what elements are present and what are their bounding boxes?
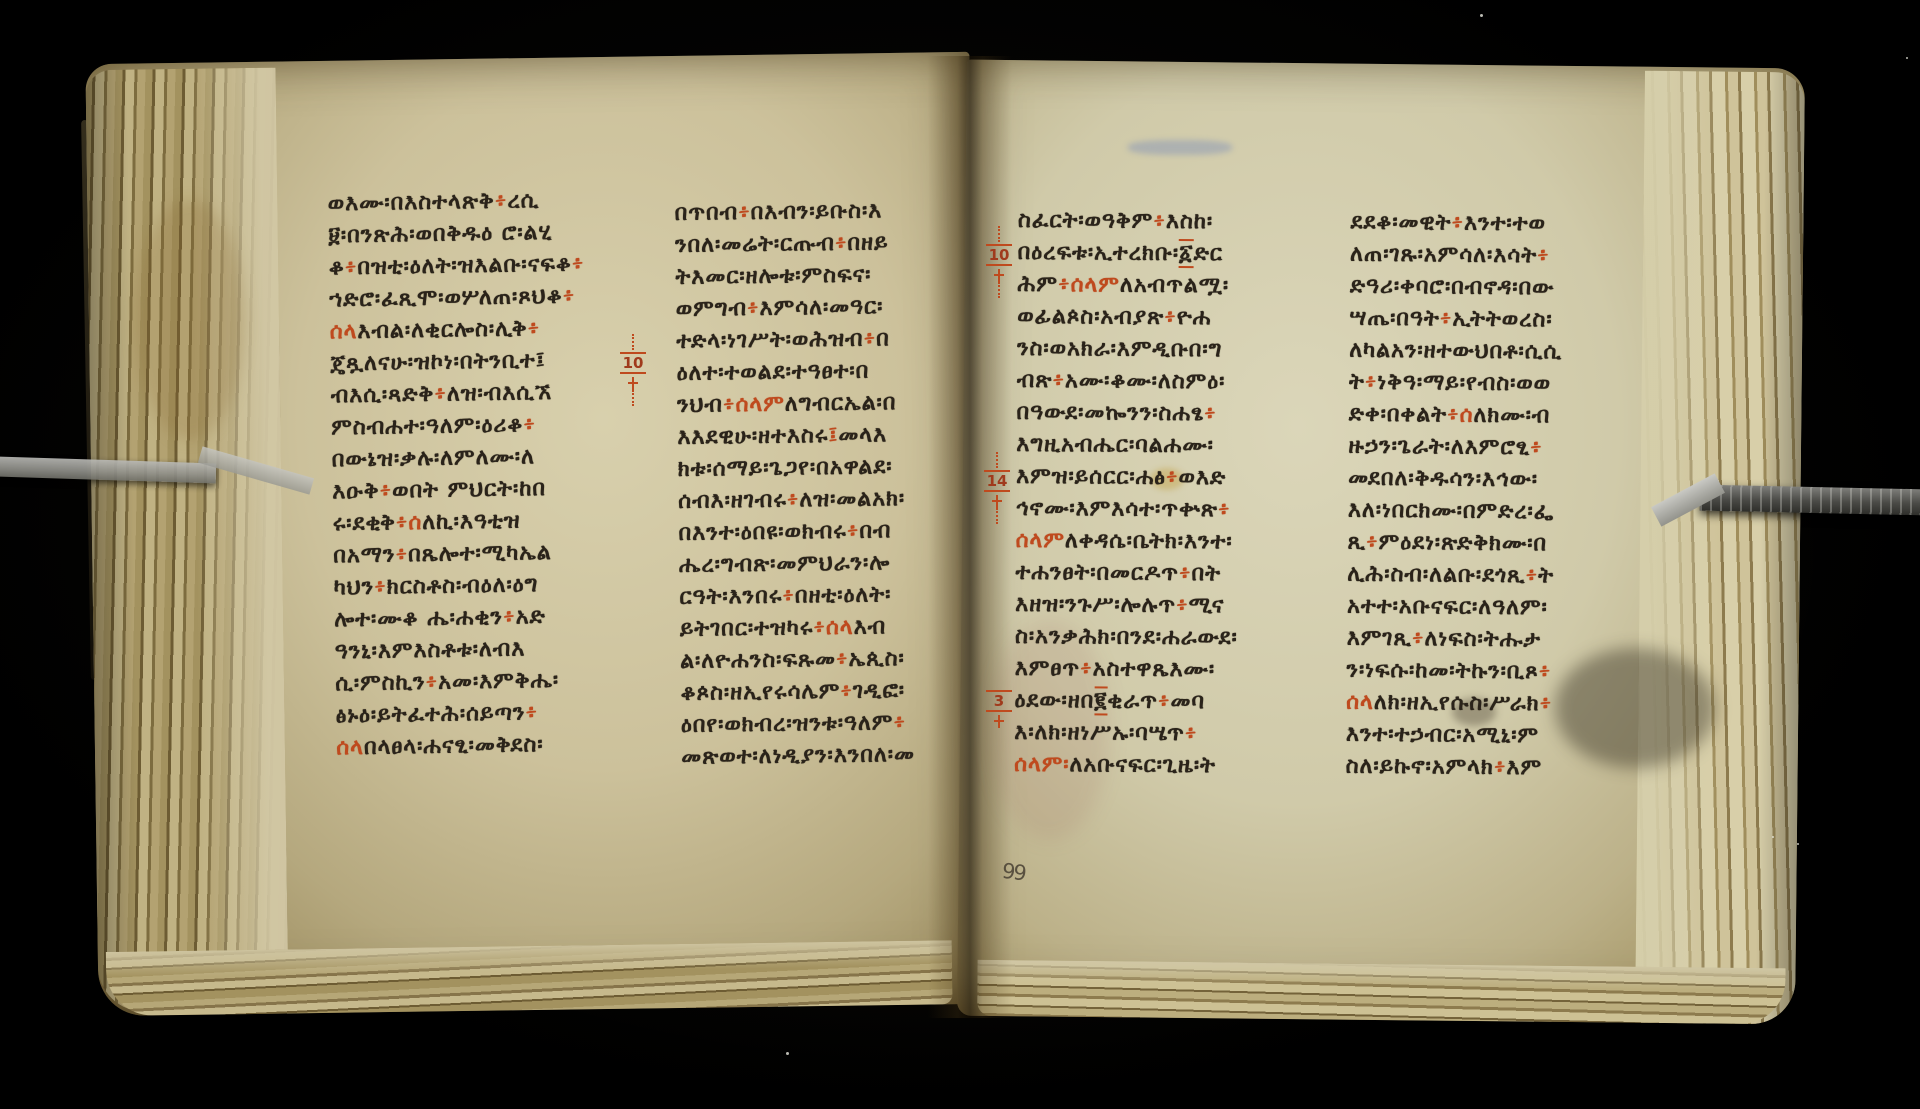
rubric-text: ፥	[840, 679, 853, 704]
ink-text: ይትገበር፡ተዝካሩ	[680, 615, 814, 642]
text-line: ድዓሪ፡ቀባሮ፡በብኖዳ፡በው	[1350, 271, 1668, 306]
rubric-text: ፥	[1204, 401, 1217, 426]
ink-text: አተተ፡አቡናፍር፡ለዓለም፡	[1347, 594, 1548, 621]
ink-text: አሙ፡ቆሙ፡ለስምዕ፡	[1065, 368, 1226, 394]
ink-text: ብጽ	[1017, 368, 1053, 393]
rubric-text: ፥	[1218, 497, 1231, 522]
text-line: ንህብ፥ሰላምለግብርኤል፡በ	[677, 386, 989, 422]
rubric-text: ፥	[863, 326, 876, 351]
text-line: ጺ፥ምዕደነ፡ጽድቅክሙ፡በ	[1347, 527, 1665, 562]
text-line: እእደዊሁ፡ዘተእስሩ፤መላእ	[677, 418, 989, 454]
marginal-numeral-text: 10	[986, 244, 1012, 266]
ink-text: ወእድ	[1178, 465, 1226, 490]
ink-text: ለክ፡ዘኢየሱስ፡ሥራክ	[1374, 690, 1540, 716]
rubric-text: ፥	[1539, 659, 1552, 684]
rubric-dotted-line	[998, 282, 1000, 298]
ink-text: ት	[1538, 563, 1554, 588]
ink-text: በዕረፍቱ፡ኢተረክቡ፡	[1018, 240, 1180, 266]
text-line: ት፥ነቅዓ፡ማይ፡የብስ፡ወወ	[1349, 367, 1667, 402]
rubric-text: ሰ	[1460, 403, 1474, 428]
rubric-text: ፥	[835, 231, 848, 256]
marginal-numeral-text: 14	[984, 470, 1010, 492]
rubric-text: ፥	[1179, 561, 1192, 586]
ink-text: ድዓሪ፡ቀባሮ፡በብኖዳ፡በው	[1350, 274, 1555, 301]
ink-text: ምስብሐተ፡ዓለም፡ዕሪቆ	[331, 412, 523, 440]
text-line: ሰላም፡ለአቡናፍር፡ጊዜ፡ት	[1014, 749, 1334, 783]
ink-text: እምፀጥ	[1015, 656, 1080, 681]
ink-text: እዘዝ፡ንጉሥ፡ሎሉጥ	[1015, 592, 1176, 618]
ink-text: ንስ፡ወአክራ፡እምዲቡበ፡ግ	[1017, 336, 1223, 362]
ink-text: ጄጿለናሁ፡ዝኮነ፡በትንቢተ፤	[330, 348, 546, 376]
text-line: ሰብእ፡ዘገብሩ፥ለዝ፡መልአክ፡	[678, 482, 990, 518]
rubric-text: ፥	[1451, 211, 1464, 236]
rubric-text: ፥	[813, 615, 826, 640]
ink-text: በዘይ	[847, 230, 888, 256]
ink-text: በውኔዝ፡ቃሉ፡ለምለሙ፡ለ	[332, 444, 536, 472]
text-line: ኀድሮ፡ፈጺሞ፡ወሦለጠ፡ጾህቆ፥	[329, 280, 637, 317]
ink-text: ሔረ፡ግብጽ፡መምህራን፡ሎ	[679, 550, 891, 578]
ink-text: ቆ	[329, 255, 345, 280]
rubric-dotted-line	[632, 334, 634, 350]
marginal-numeral-text: 3	[986, 690, 1012, 712]
text-line: ስለ፡ይኩኖ፡አምላክ፥እም	[1345, 751, 1663, 786]
rubric-text: ፥	[395, 542, 408, 567]
ink-text: በላፀላ፡ሐናፂ፡መቅደስ፡	[364, 732, 544, 760]
ink-text: ለግብርኤል፡በ	[785, 390, 897, 416]
ink-text: በት	[1191, 561, 1221, 586]
ink-text: እግዚአብሔር፡ባልሐሙ፡	[1016, 432, 1214, 458]
ink-text: ለቀዳሴ፡ቤትክ፡እንተ፡	[1065, 528, 1233, 554]
marginal-numeral-gutter-lower: 3	[986, 690, 1012, 728]
rubric-text: ፥	[434, 382, 447, 407]
text-line: ጄጿለናሁ፡ዝኮነ፡በትንቢተ፤	[330, 344, 638, 381]
rubric-text: ፥	[723, 392, 736, 417]
ink-text: ተሐንፀት፡በመርዶጥ	[1015, 560, 1179, 586]
barred-numeral: ፩	[1179, 239, 1194, 268]
text-line: ሰላእብል፡ለቂርሎስ፡ሊቅ፥	[330, 312, 638, 349]
rubric-text: ፥	[562, 284, 575, 309]
rubric-text: ፥	[1366, 530, 1379, 555]
text-line: ወእሙ፡በእስተላጽቅ፥ረሲ	[327, 184, 635, 221]
ink-text: ል፡ለዮሐንስ፡ፍጹመ	[680, 647, 836, 674]
text-line: ዕለተ፡ተወልደ፡ተዓፀተ፡በ	[676, 354, 988, 390]
ink-text: አድ	[515, 604, 546, 629]
dust-speck	[1906, 57, 1908, 59]
text-line: ን፡ነፍሱ፡ከመ፡ትኩን፡ቢጾ፥	[1346, 655, 1664, 690]
text-line: እምገጺ፥ለነፍስ፡ትሑታ	[1347, 623, 1665, 658]
rubric-text: ፥	[495, 189, 508, 214]
rubric-cross-icon	[998, 715, 1000, 728]
right-page-bottom-edge-stack	[977, 960, 1786, 1024]
ink-text: ዕደው፡ዘበ	[1014, 688, 1094, 714]
rubric-text: ፥	[1185, 721, 1198, 746]
ink-text: ካህን	[334, 575, 375, 601]
ink-text: እእደዊሁ፡ዘተእስሩ	[677, 423, 828, 450]
rubric-text: ፥	[525, 700, 538, 725]
text-line: ይትገበር፡ተዝካሩ፥ሰላእብ	[680, 610, 992, 646]
rubric-text: ፥	[893, 710, 906, 735]
ink-text: መደበለ፡ቅዱሳን፡እኅው፡	[1348, 466, 1538, 493]
ink-text: ድቀ፡በቀልት	[1349, 402, 1448, 428]
rubric-text: ሰላም፡	[1014, 752, 1070, 777]
right-bookmark-ribbon	[1700, 485, 1920, 516]
dust-speck	[1772, 836, 1774, 838]
ink-text: ለክሙ፡ብ	[1473, 403, 1550, 429]
text-line: ደደቆ፡መዊት፥እንተ፡ተወ	[1350, 207, 1668, 242]
text-line: ንበለ፡መሬት፡ርጡብ፥በዘይ	[675, 226, 987, 262]
rubric-text: ፥	[1412, 626, 1425, 651]
ink-text: አመ፡እምቅሔ፡	[438, 668, 559, 695]
rubric-text: ፥	[425, 670, 438, 695]
text-line: ምስብሐተ፡ዓለም፡ዕሪቆ፥	[331, 408, 639, 445]
dust-speck	[786, 1052, 789, 1055]
ink-text: ስ፡አንቃሕክ፡በንደ፡ሐራውደ፡	[1015, 624, 1238, 651]
ink-text: እብ	[853, 614, 886, 639]
text-line: እ፡ለክ፡ዘነሥኡ፡ባሤጥ፥	[1014, 717, 1334, 751]
text-line: ቆጶስ፡ዘኢየሩሳሌም፥ገዲፎ፡	[680, 674, 992, 710]
rubric-dotted-line	[632, 390, 634, 406]
text-line: በአማን፥በጼሎተ፡ሚካኤል	[333, 536, 641, 573]
rubric-text: ፥	[379, 478, 392, 503]
ink-text: ሕም	[1017, 272, 1058, 297]
rubric-text: ሰላ	[330, 319, 358, 344]
rubric-text: ፥	[523, 412, 536, 437]
text-line: ድቀ፡በቀልት፥ሰለክሙ፡ብ	[1349, 399, 1667, 434]
rubric-text: ፥	[1058, 272, 1071, 297]
rubric-text: ፥	[374, 575, 387, 600]
rubric-text: ፥	[527, 316, 540, 341]
ink-text: ዮሐ	[1177, 305, 1212, 330]
text-line: ሣጤ፡በዓት፥ኢትትወረስ፡	[1349, 303, 1667, 338]
text-line: መደበለ፡ቅዱሳን፡እኅው፡	[1348, 463, 1666, 498]
text-line: ሕም፥ሰላምለአብጥልሟ፡	[1017, 269, 1337, 303]
rubric-dotted-line	[996, 508, 998, 524]
text-column-2: በጥበብ፥በእብን፡ይቡስ፡እንበለ፡መሬት፡ርጡብ፥በዘይትእመር፡ዘሎቱ፡ም…	[674, 194, 993, 774]
rubric-text: ፥	[787, 487, 800, 512]
dust-speck	[1480, 14, 1483, 17]
folio-number-pencil: 99	[1001, 859, 1026, 886]
ink-text: በጥበብ	[675, 200, 739, 226]
text-line: ወፊልጶስ፡አብያጽ፥ዮሐ	[1017, 301, 1337, 335]
dust-speck	[1797, 843, 1799, 845]
ink-text: ኤጲስ፡	[848, 646, 904, 672]
ink-text: በዓውደ፡መኰንን፡ስሐፄ	[1016, 400, 1204, 426]
ink-text: ቂራጥ	[1107, 689, 1158, 714]
text-line: እግዚአብሔር፡ባልሐሙ፡	[1016, 429, 1336, 463]
text-line: ሰላበላፀላ፡ሐናፂ፡መቅደስ፡	[336, 728, 644, 765]
text-line: አተተ፡አቡናፍር፡ለዓለም፡	[1347, 591, 1665, 626]
rubric-text: ፥	[1525, 563, 1538, 588]
ink-text: ሚና	[1189, 593, 1225, 618]
ink-text: ጺ	[1347, 530, 1366, 555]
rubric-text: ሰላም	[1016, 528, 1065, 553]
rubric-text: ፥	[345, 255, 358, 280]
ink-text: እምዝ፡ይሰርር፡ሐፅ	[1016, 464, 1166, 490]
ink-text: ለአቡናፍር፡ጊዜ፡ት	[1069, 752, 1216, 778]
rubric-text: ፥	[572, 251, 585, 276]
ink-text: ኢትትወረስ፡	[1452, 307, 1552, 333]
rubric-text: ፥	[1080, 656, 1093, 681]
ink-text: ደደቆ፡መዊት	[1350, 210, 1451, 236]
ink-text: እ፡ለክ፡ዘነሥኡ፡ባሤጥ	[1014, 720, 1185, 746]
text-line: እዑቅ፥ወበት ምህርት፡ከበ	[332, 472, 640, 509]
ink-text: እም	[1506, 755, 1542, 780]
text-line: ፱፡በንጽሕ፡ወበቅዱዕ ሮ፡ልሂ	[328, 216, 636, 253]
rubric-text: ፥	[1365, 370, 1378, 395]
ink-text: ሩ፡ደቂቅ	[333, 510, 396, 536]
rubric-text: ፥	[1440, 306, 1453, 331]
text-line: ለጠ፡ገጹ፡አምሳለ፡እሳት፥	[1350, 239, 1668, 274]
rubric-text: ፥	[738, 200, 751, 225]
ink-text: ዕለተ፡ተወልደ፡ተዓፀተ፡በ	[676, 359, 869, 386]
ink-text: ወፊልጶስ፡አብያጽ	[1017, 304, 1164, 330]
text-line: ሊሕ፡ስብ፡ለልቡ፡ደጎጺ፥ት	[1347, 559, 1665, 594]
ink-text: ለኪ፡እዓቲዝ	[422, 508, 521, 535]
ink-text: ዓንኒ፡እምእስቶቱ፡ለብእ	[335, 636, 526, 664]
ink-text: መጽወተ፡ለነዲያን፡እንበለ፡መ	[681, 742, 915, 770]
rubric-text: ፥	[1494, 755, 1507, 780]
rubric-text: ፤	[828, 423, 838, 448]
rubric-dotted-line	[998, 226, 1000, 242]
ink-text: ለነፍስ፡ትሑታ	[1424, 626, 1541, 652]
rubric-text: ፥	[1164, 305, 1177, 330]
ink-text: ነቅዓ፡ማይ፡የብስ፡ወወ	[1377, 370, 1551, 397]
text-column-3: ስፈርት፡ወዓቅም፥እስከ፡በዕረፍቱ፡ኢተረክቡ፡፩ድርሕም፥ሰላምለአብጥል…	[1014, 205, 1338, 783]
text-line: በዓውደ፡መኰንን፡ስሐፄ፥	[1016, 397, 1336, 431]
text-line: ለካልአን፡ዘተውህበቶ፡ሲሲ	[1349, 335, 1667, 370]
text-line: ሎተ፡ሙቆ ሔ፡ሐቂን፥አድ	[334, 600, 642, 637]
ink-text: ንበለ፡መሬት፡ርጡብ	[675, 231, 835, 258]
ink-text: በብ	[859, 518, 891, 543]
text-line: ዙኃን፡ጌራት፡ለእምሮፂ፥	[1348, 431, 1666, 466]
text-line: ክቱ፡ሰማይ፡ጌጋየ፡በአዋልደ፡	[678, 450, 990, 486]
text-line: እምፀጥ፥አስተዋጼእሙ፡	[1015, 653, 1335, 687]
ink-text: ክርስቶስ፡ብዕለ፡ዕግ	[387, 572, 539, 599]
text-line: ካህን፥ክርስቶስ፡ብዕለ፡ዕግ	[334, 568, 642, 605]
ink-text: በእብን፡ይቡስ፡እ	[751, 198, 883, 225]
ink-text: ወምግብ	[676, 296, 747, 322]
rubric-text: ሰላ	[1346, 690, 1374, 715]
rubric-dotted-line	[996, 452, 998, 468]
text-line: ሔረ፡ግብጽ፡መምህራን፡ሎ	[679, 546, 991, 582]
ink-text: መባ	[1170, 689, 1205, 714]
rubric-text: ፥	[1530, 435, 1543, 460]
text-line: ንስ፡ወአክራ፡እምዲቡበ፡ግ	[1017, 333, 1337, 367]
ink-text: ፅኑዕ፡ይትፈተሕ፡ሰይጣን	[336, 700, 526, 728]
marginal-numeral-gutter-upper: 10	[986, 226, 1012, 300]
rubric-cross-icon	[996, 495, 998, 508]
ink-text: በ	[876, 326, 890, 351]
rubric-text: ፥	[503, 605, 516, 630]
rubric-text: ፥	[1166, 465, 1179, 490]
text-line: ል፡ለዮሐንስ፡ፍጹመ፥ኤጲስ፡	[680, 642, 992, 678]
rubric-text: ፥	[747, 296, 760, 321]
rubric-text: ፥	[836, 647, 849, 672]
rubric-text: ሰላም	[1071, 272, 1120, 297]
ink-text: እስከ፡	[1166, 209, 1213, 234]
ink-text: እለ፡ነበርክሙ፡በምድረ፡ፌ	[1348, 498, 1554, 525]
rubric-text: ፥	[847, 519, 860, 544]
ink-text: ወበት ምህርት፡ከበ	[392, 476, 546, 503]
rubric-text: ፥	[1537, 243, 1550, 268]
text-line: እዘዝ፡ንጉሥ፡ሎሉጥ፥ሚና	[1015, 589, 1335, 623]
marginal-numeral-gutter-middle: 14	[984, 452, 1010, 526]
text-line: ዓንኒ፡እምእስቶቱ፡ለብእ	[335, 632, 643, 669]
manuscript-photo: ወእሙ፡በእስተላጽቅ፥ረሲ፱፡በንጽሕ፡ወበቅዱዕ ሮ፡ልሂቆ፥በዝቲ፡ዕለት…	[0, 0, 1920, 1109]
ink-text: በእንተ፡ዕበዩ፡ወክብሩ	[678, 519, 846, 546]
ink-text: እንተ፡ተኃብር፡አሚኒ፡ም	[1346, 722, 1539, 749]
rubric-text: ሰላ	[336, 735, 364, 760]
ink-text: ኅኖሙ፡እምእሳተ፡ጥቍጽ	[1016, 496, 1218, 522]
ink-text: ትእመር፡ዘሎቱ፡ምስፍና፡	[675, 263, 871, 290]
text-line: ፅኑዕ፡ይትፈተሕ፡ሰይጣን፥	[336, 696, 644, 733]
faint-blue-pencil-mark	[1128, 140, 1232, 155]
rubric-cross-icon	[632, 377, 634, 390]
ink-text: እምገጺ	[1347, 626, 1412, 652]
ink-text: ብእሲ፡ጻድቅ	[331, 382, 435, 409]
text-line: ቆ፥በዝቲ፡ዕለት፡ዝእልቡ፡ናፍቆ፥	[329, 248, 637, 285]
text-line: ዕደው፡ዘበ፪ቂራጥ፥መባ	[1014, 685, 1334, 719]
ink-text: ንህብ	[677, 392, 723, 418]
ink-text: ት	[1349, 370, 1365, 395]
marginal-numeral-intercolumn: 10	[620, 334, 646, 408]
ink-text: አስተዋጼእሙ፡	[1093, 656, 1216, 682]
ink-text: ለዝ፡ብእሲኧ	[447, 380, 553, 407]
ink-text: ስለ፡ይኩኖ፡አምላክ	[1346, 754, 1494, 780]
text-line: ተሐንፀት፡በመርዶጥ፥በት	[1015, 557, 1335, 591]
text-line: ርዓት፡እንበሩ፥በዘቲ፡ዕለት፡	[679, 578, 991, 614]
text-line: እለ፡ነበርክሙ፡በምድረ፡ፌ	[1348, 495, 1666, 530]
ink-text: ለካልአን፡ዘተውህበቶ፡ሲሲ	[1349, 338, 1562, 365]
ink-text: መላእ	[838, 422, 887, 448]
rubric-cross-icon	[998, 269, 1000, 282]
text-line: በውኔዝ፡ቃሉ፡ለምለሙ፡ለ	[332, 440, 640, 477]
text-line: ወምግብ፥እምሳለ፡መዓር፡	[676, 290, 988, 326]
text-line: ትእመር፡ዘሎቱ፡ምስፍና፡	[675, 258, 987, 294]
ink-text: በዝቲ፡ዕለት፡ዝእልቡ፡ናፍቆ	[357, 252, 572, 280]
rubric-text: ፥	[1539, 691, 1552, 716]
ink-text: ለዝ፡መልአክ፡	[799, 486, 905, 512]
ink-text: ለጠ፡ገጹ፡አምሳለ፡እሳት	[1350, 242, 1537, 269]
text-column-1: ወእሙ፡በእስተላጽቅ፥ረሲ፱፡በንጽሕ፡ወበቅዱዕ ሮ፡ልሂቆ፥በዝቲ፡ዕለት…	[327, 184, 644, 765]
ink-text: እምሳለ፡መዓር፡	[759, 294, 883, 321]
rubric-text: ፥	[1052, 368, 1065, 393]
rubric-text: ሰላም	[735, 392, 785, 418]
ink-text: ሣጤ፡በዓት	[1349, 306, 1439, 332]
ink-text: በጼሎተ፡ሚካኤል	[408, 540, 552, 567]
left-page-bottom-edge-stack	[106, 940, 953, 1016]
ink-text: ገዲፎ፡	[853, 678, 905, 704]
ink-text: ፱፡በንጽሕ፡ወበቅዱዕ ሮ፡ልሂ	[328, 220, 552, 249]
text-line: በእንተ፡ዕበዩ፡ወክብሩ፥በብ	[678, 514, 990, 550]
ink-text: ተድላ፡ነገሥት፡ወሕዝብ	[676, 327, 864, 354]
ink-text: ን፡ነፍሱ፡ከመ፡ትኩን፡ቢጾ	[1346, 658, 1538, 685]
ink-text: እብል፡ለቂርሎስ፡ሊቅ	[357, 316, 527, 344]
ink-text: በአማን	[333, 542, 396, 568]
ink-text: በዘቲ፡ዕለት፡	[795, 582, 892, 608]
text-line: ዕበየ፡ወክብረ፡ዝንቱ፡ዓለም፥	[681, 706, 993, 742]
ink-text: ርዓት፡እንበሩ	[679, 584, 782, 610]
ink-text: ዙኃን፡ጌራት፡ለእምሮፂ	[1348, 434, 1530, 461]
ink-text: ሰብእ፡ዘገብሩ	[678, 488, 787, 514]
rubric-text: ፥	[1153, 209, 1166, 234]
marginal-numeral-text: 10	[620, 352, 646, 374]
ink-text: ኀድሮ፡ፈጺሞ፡ወሦለጠ፡ጾህቆ	[329, 284, 563, 313]
ink-text: ምዕደነ፡ጽድቅክሙ፡በ	[1379, 530, 1548, 556]
rubric-text: ፥	[1158, 689, 1171, 714]
ink-text: እንተ፡ተወ	[1464, 211, 1546, 237]
ink-text: ረሲ	[507, 188, 539, 213]
rubric-text: ፥	[1447, 402, 1460, 427]
rubric-text: ሰ	[408, 510, 422, 535]
text-line: ብጽ፥አሙ፡ቆሙ፡ለስምዕ፡	[1017, 365, 1337, 399]
text-line: ሰላለክ፡ዘኢየሱስ፡ሥራክ፥	[1346, 687, 1664, 722]
text-column-4: ደደቆ፡መዊት፥እንተ፡ተወለጠ፡ገጹ፡አምሳለ፡እሳት፥ድዓሪ፡ቀባሮ፡በብኖ…	[1345, 207, 1668, 786]
ink-text: እዑቅ	[332, 479, 380, 505]
barred-numeral: ፪	[1094, 686, 1107, 715]
ink-text: ቆጶስ፡ዘኢየሩሳሌም	[680, 679, 840, 706]
ink-text: ወእሙ፡በእስተላጽቅ	[328, 189, 495, 217]
text-line: ተድላ፡ነገሥት፡ወሕዝብ፥በ	[676, 322, 988, 358]
text-line: ብእሲ፡ጻድቅ፥ለዝ፡ብእሲኧ	[331, 376, 639, 413]
text-line: ሰላምለቀዳሴ፡ቤትክ፡እንተ፡	[1016, 525, 1336, 559]
ink-text: ዕበየ፡ወክብረ፡ዝንቱ፡ዓለም	[681, 710, 894, 738]
parchment-stain	[135, 200, 245, 440]
text-line: በዕረፍቱ፡ኢተረክቡ፡፩ድር	[1018, 237, 1338, 271]
ink-text: ለአብጥልሟ፡	[1120, 273, 1229, 299]
text-line: ስ፡አንቃሕክ፡በንደ፡ሐራውደ፡	[1015, 621, 1335, 655]
text-line: ሲ፡ምስኪን፥አመ፡እምቅሔ፡	[335, 664, 643, 701]
ink-text: ሊሕ፡ስብ፡ለልቡ፡ደጎጺ	[1347, 562, 1526, 589]
rubric-text: ፥	[396, 510, 409, 535]
ink-text: ክቱ፡ሰማይ፡ጌጋየ፡በአዋልደ፡	[678, 454, 893, 482]
text-line: በጥበብ፥በእብን፡ይቡስ፡እ	[674, 194, 986, 230]
rubric-text: ፥	[782, 583, 795, 608]
rubric-text: ፥	[1176, 593, 1189, 618]
text-line: ሩ፡ደቂቅ፥ሰለኪ፡እዓቲዝ	[333, 504, 641, 541]
ink-text: ድር	[1194, 241, 1224, 266]
text-line: እንተ፡ተኃብር፡አሚኒ፡ም	[1346, 719, 1664, 754]
rubric-text: ሰላ	[826, 615, 854, 640]
text-line: እምዝ፡ይሰርር፡ሐፅ፥ወእድ	[1016, 461, 1336, 495]
ink-text: ሎተ፡ሙቆ ሔ፡ሐቂን	[334, 605, 503, 633]
text-line: ስፈርት፡ወዓቅም፥እስከ፡	[1018, 205, 1338, 239]
ink-text: ሲ፡ምስኪን	[335, 670, 426, 696]
ink-text: ስፈርት፡ወዓቅም	[1018, 208, 1154, 234]
text-line: መጽወተ፡ለነዲያን፡እንበለ፡መ	[681, 738, 993, 774]
text-line: ኅኖሙ፡እምእሳተ፡ጥቍጽ፥	[1016, 493, 1336, 527]
